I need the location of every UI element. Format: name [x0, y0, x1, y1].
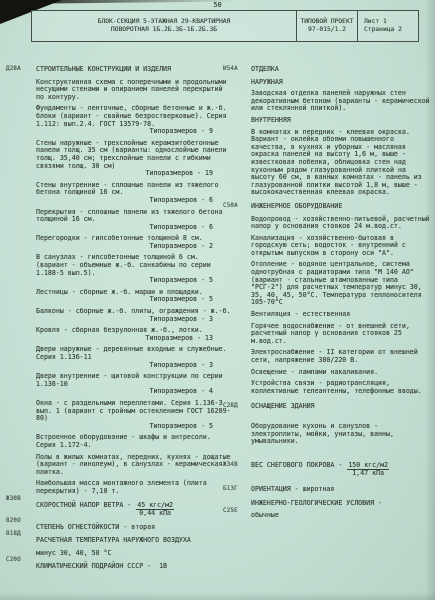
section: И54АОТДЕЛКАНАРУЖНАЯЗаводская отделка пан…: [251, 66, 432, 197]
scanned-document-page: 50 БЛОК-СЕКЦИЯ 5-ЭТАЖНАЯ 29-КВАРТИРНАЯ П…: [0, 0, 435, 600]
typesize-count: Типоразмеров - 5: [36, 296, 233, 304]
section-item: Заводская отделка панелей наружных стен …: [251, 90, 432, 113]
paragraph: Стены наружные - трехслойные керамзитобе…: [36, 140, 233, 170]
classifier-code: В20О: [6, 518, 21, 526]
paragraph: Электроснабжение - II категории от внешн…: [251, 349, 432, 364]
paragraph: Встроенное оборудование - шкафы и антрес…: [36, 434, 233, 449]
section-item: Оборудование кухонь и санузлов - электро…: [251, 423, 432, 446]
value-fraction: 150 кгс/м21,47 кПа: [347, 462, 389, 478]
section-item: Вентиляция - естественная: [251, 311, 432, 319]
section: В20ОСТЕПЕНЬ ОГНЕСТОЙКОСТИ - вторая: [36, 524, 233, 532]
paragraph: Наибольшая масса монтажного элемента (пл…: [36, 480, 233, 495]
section-item: Лестницы - сборные ж.-б. марши и площадк…: [36, 289, 233, 304]
section-heading: ОТДЕЛКА: [251, 66, 432, 74]
paragraph: Отопление - водяное центральное, система…: [251, 261, 432, 307]
section-item: НАРУЖНАЯ: [251, 79, 432, 87]
project-type-label: ТИПОВОЙ ПРОЕКТ: [299, 18, 355, 26]
block-section-title-line2: ПОВОРОТНАЯ 1Б.2Б.3Б-1Б.2Б.3Б: [34, 26, 294, 34]
section: В18ДРАСЧЕТНАЯ ТЕМПЕРАТУРА НАРУЖНОГО ВОЗД…: [36, 537, 233, 557]
page-number: 50: [0, 1, 435, 9]
section-item: Перекрытия - сплошные панели из тяжелого…: [36, 209, 233, 232]
typesize-count: Типоразмеров - 3: [36, 362, 233, 370]
paragraph: В комнатах и передних - клеевая окраска.…: [251, 129, 432, 197]
classifier-code: С25Е: [223, 508, 238, 516]
section-heading: СТРОИТЕЛЬНЫЕ КОНСТРУКЦИИ И ИЗДЕЛИЯ: [36, 66, 233, 74]
page-label: Страница 2: [364, 26, 416, 34]
subheading: ВНУТРЕННЯЯ: [251, 117, 432, 125]
section-item: минус 30, 40, 50 °С: [36, 550, 233, 558]
paragraph: минус 30, 40, 50 °С: [36, 550, 233, 558]
typesize-count: Типоразмеров - 6: [36, 224, 233, 232]
paragraph: В санузлах - гипсобетонные толщиной 6 см…: [36, 254, 233, 277]
paragraph: Фундаменты - ленточные, сборные бетонные…: [36, 105, 233, 128]
section-item: Конструктивная схема с поперечными и про…: [36, 79, 233, 102]
typesize-count: Типоразмеров - 13: [36, 335, 233, 343]
paragraph: Конструктивная схема с поперечными и про…: [36, 79, 233, 102]
section-item: Встроенное оборудование - шкафы и антрес…: [36, 434, 233, 449]
typesize-count: Типоразмеров - 4: [36, 388, 233, 396]
section-heading: ОСНАЩЕНИЕ ЗДАНИЯ: [251, 403, 432, 411]
value-label: ВЕС СНЕГОВОГО ПОКРОВА -: [251, 462, 342, 470]
section-item: Стены внутренние - сплошные панели из тя…: [36, 182, 233, 205]
section-item: Наибольшая масса монтажного элемента (пл…: [36, 480, 233, 495]
section: С28ДОСНАЩЕНИЕ ЗДАНИЯОборудование кухонь …: [251, 403, 432, 445]
sheet-label: Лист 1: [364, 18, 416, 26]
section-item: В комнатах и передних - клеевая окраска.…: [251, 129, 432, 197]
section-item: Полы в жилых комнатах, передних, кухнях …: [36, 454, 233, 477]
section: Ж34ВВЕС СНЕГОВОГО ПОКРОВА -150 кгс/м21,4…: [251, 462, 432, 478]
section: Д28АСТРОИТЕЛЬНЫЕ КОНСТРУКЦИИ И ИЗДЕЛИЯКо…: [36, 66, 233, 496]
section-item: Стены наружные - трехслойные керамзитобе…: [36, 140, 233, 178]
section: Ж30ВСКОРОСТНОЙ НАПОР ВЕТРА -45 кгс/м20,4…: [36, 502, 233, 518]
classifier-code: С28Д: [223, 403, 238, 411]
paragraph: Освещение - лампами накаливания.: [251, 369, 432, 377]
typesize-count: Типоразмеров - 9: [36, 128, 233, 136]
section-heading: ОРИЕНТАЦИЯ - широтная: [251, 486, 432, 494]
section-item: Кровля - сборная безрулонная ж.-б., лотк…: [36, 327, 233, 342]
typesize-count: Типоразмеров - 2: [36, 243, 233, 251]
subheading: НАРУЖНАЯ: [251, 79, 432, 87]
classifier-code: Ж34В: [223, 462, 238, 470]
title-block-project-cell: ТИПОВОЙ ПРОЕКТ 97-015/1.2: [296, 11, 357, 41]
typesize-count: Типоразмеров - 6: [36, 197, 233, 205]
section-item: Канализация - хозяйственно-бытовая в гор…: [251, 235, 432, 258]
classifier-code: Ж30В: [6, 496, 21, 504]
title-block-table: БЛОК-СЕКЦИЯ 5-ЭТАЖНАЯ 29-КВАРТИРНАЯ ПОВО…: [31, 10, 419, 42]
title-block-sheet-cell: Лист 1 Страница 2: [357, 11, 418, 41]
paragraph: Окна - с раздельными переплетами. Серия …: [36, 400, 233, 423]
paragraph: Двери внутренние - щитовой конструкции п…: [36, 373, 233, 388]
section-item: В санузлах - гипсобетонные толщиной 6 см…: [36, 254, 233, 284]
section-heading: РАСЧЕТНАЯ ТЕМПЕРАТУРА НАРУЖНОГО ВОЗДУХА: [36, 537, 233, 545]
scan-shade-bottom: [0, 592, 435, 600]
section-item: Балконы - сборные ж.-б. плиты, ограждени…: [36, 308, 233, 323]
section-item: СКОРОСТНОЙ НАПОР ВЕТРА -45 кгс/м20,44 кП…: [36, 502, 233, 518]
value-bottom: 1,47 кПа: [347, 470, 389, 478]
classifier-code: В18Д: [6, 531, 21, 539]
paragraph: Канализация - хозяйственно-бытовая в гор…: [251, 235, 432, 258]
section-item: Водопровод - хозяйственно-питьевой, расч…: [251, 216, 432, 231]
value-label: СКОРОСТНОЙ НАПОР ВЕТРА -: [36, 502, 131, 510]
section: С50АИНЖЕНЕРНОЕ ОБОРУДОВАНИЕВодопровод - …: [251, 203, 432, 395]
project-number: 97-015/1.2: [299, 26, 355, 34]
classifier-code: Б13Г: [223, 486, 238, 494]
paragraph: Перекрытия - сплошные панели из тяжелого…: [36, 209, 233, 224]
section-item: Двери внутренние - щитовой конструкции п…: [36, 373, 233, 396]
section-item: Электроснабжение - II категории от внешн…: [251, 349, 432, 364]
section-heading: КЛИМАТИЧЕСКИЙ ПОДРАЙОН СССР - 1В: [36, 563, 233, 571]
value-fraction: 45 кгс/м20,44 кПа: [136, 502, 174, 518]
section-heading: ИНЖЕНЕРНОЕ ОБОРУДОВАНИЕ: [251, 203, 432, 211]
section-item: Двери наружные - деревянные входные и сл…: [36, 346, 233, 369]
classifier-code: С50А: [223, 203, 238, 211]
section-item: Фундаменты - ленточные, сборные бетонные…: [36, 105, 233, 135]
paragraph: Двери наружные - деревянные входные и сл…: [36, 346, 233, 361]
section-item: Горячее водоснабжение - от внешней сети,…: [251, 323, 432, 346]
paragraph: Оборудование кухонь и санузлов - электро…: [251, 423, 432, 446]
classifier-code: С20О: [6, 557, 21, 565]
paragraph: Устройства связи - радиотрансляция, колл…: [251, 380, 432, 395]
section-item: Освещение - лампами накаливания.: [251, 369, 432, 377]
section-item: Отопление - водяное центральное, система…: [251, 261, 432, 307]
typesize-count: Типоразмеров - 3: [36, 316, 233, 324]
section-item: обычные: [251, 512, 432, 520]
section-item: Устройства связи - радиотрансляция, колл…: [251, 380, 432, 395]
paragraph: Заводская отделка панелей наружных стен …: [251, 90, 432, 113]
section-heading: ИНЖЕНЕРНО-ГЕОЛОГИЧЕСКИЕ УСЛОВИЯ -: [251, 500, 432, 508]
section: Б13ГОРИЕНТАЦИЯ - широтная: [251, 486, 432, 494]
paragraph: Полы в жилых комнатах, передних, кухнях …: [36, 454, 233, 477]
classifier-code: И54А: [223, 66, 238, 74]
paragraph: Вентиляция - естественная: [251, 311, 432, 319]
value-line: ВЕС СНЕГОВОГО ПОКРОВА -150 кгс/м21,47 кП…: [251, 462, 432, 478]
section: С20ОКЛИМАТИЧЕСКИЙ ПОДРАЙОН СССР - 1В: [36, 563, 233, 571]
block-section-title-line1: БЛОК-СЕКЦИЯ 5-ЭТАЖНАЯ 29-КВАРТИРНАЯ: [34, 18, 294, 26]
paragraph: Водопровод - хозяйственно-питьевой, расч…: [251, 216, 432, 231]
right-column: И54АОТДЕЛКАНАРУЖНАЯЗаводская отделка пан…: [251, 66, 432, 526]
paragraph: обычные: [251, 512, 432, 520]
left-column: Д28АСТРОИТЕЛЬНЫЕ КОНСТРУКЦИИ И ИЗДЕЛИЯКо…: [36, 66, 233, 577]
section-item: Перегородки - гипсобетонные толщиной 8 с…: [36, 235, 233, 250]
value-bottom: 0,44 кПа: [136, 510, 174, 518]
title-block-name-cell: БЛОК-СЕКЦИЯ 5-ЭТАЖНАЯ 29-КВАРТИРНАЯ ПОВО…: [32, 11, 296, 41]
typesize-count: Типоразмеров - 19: [36, 170, 233, 178]
typesize-count: Типоразмеров - 5: [36, 423, 233, 431]
classifier-code: Д28А: [6, 66, 21, 74]
value-line: СКОРОСТНОЙ НАПОР ВЕТРА -45 кгс/м20,44 кП…: [36, 502, 233, 518]
section-heading: СТЕПЕНЬ ОГНЕСТОЙКОСТИ - вторая: [36, 524, 233, 532]
section-item: ВЕС СНЕГОВОГО ПОКРОВА -150 кгс/м21,47 кП…: [251, 462, 432, 478]
section-item: Окна - с раздельными переплетами. Серия …: [36, 400, 233, 430]
section-item: ВНУТРЕННЯЯ: [251, 117, 432, 125]
paragraph: Стены внутренние - сплошные панели из тя…: [36, 182, 233, 197]
typesize-count: Типоразмеров - 5: [36, 277, 233, 285]
paragraph: Горячее водоснабжение - от внешней сети,…: [251, 323, 432, 346]
section: С25ЕИНЖЕНЕРНО-ГЕОЛОГИЧЕСКИЕ УСЛОВИЯ -обы…: [251, 500, 432, 520]
